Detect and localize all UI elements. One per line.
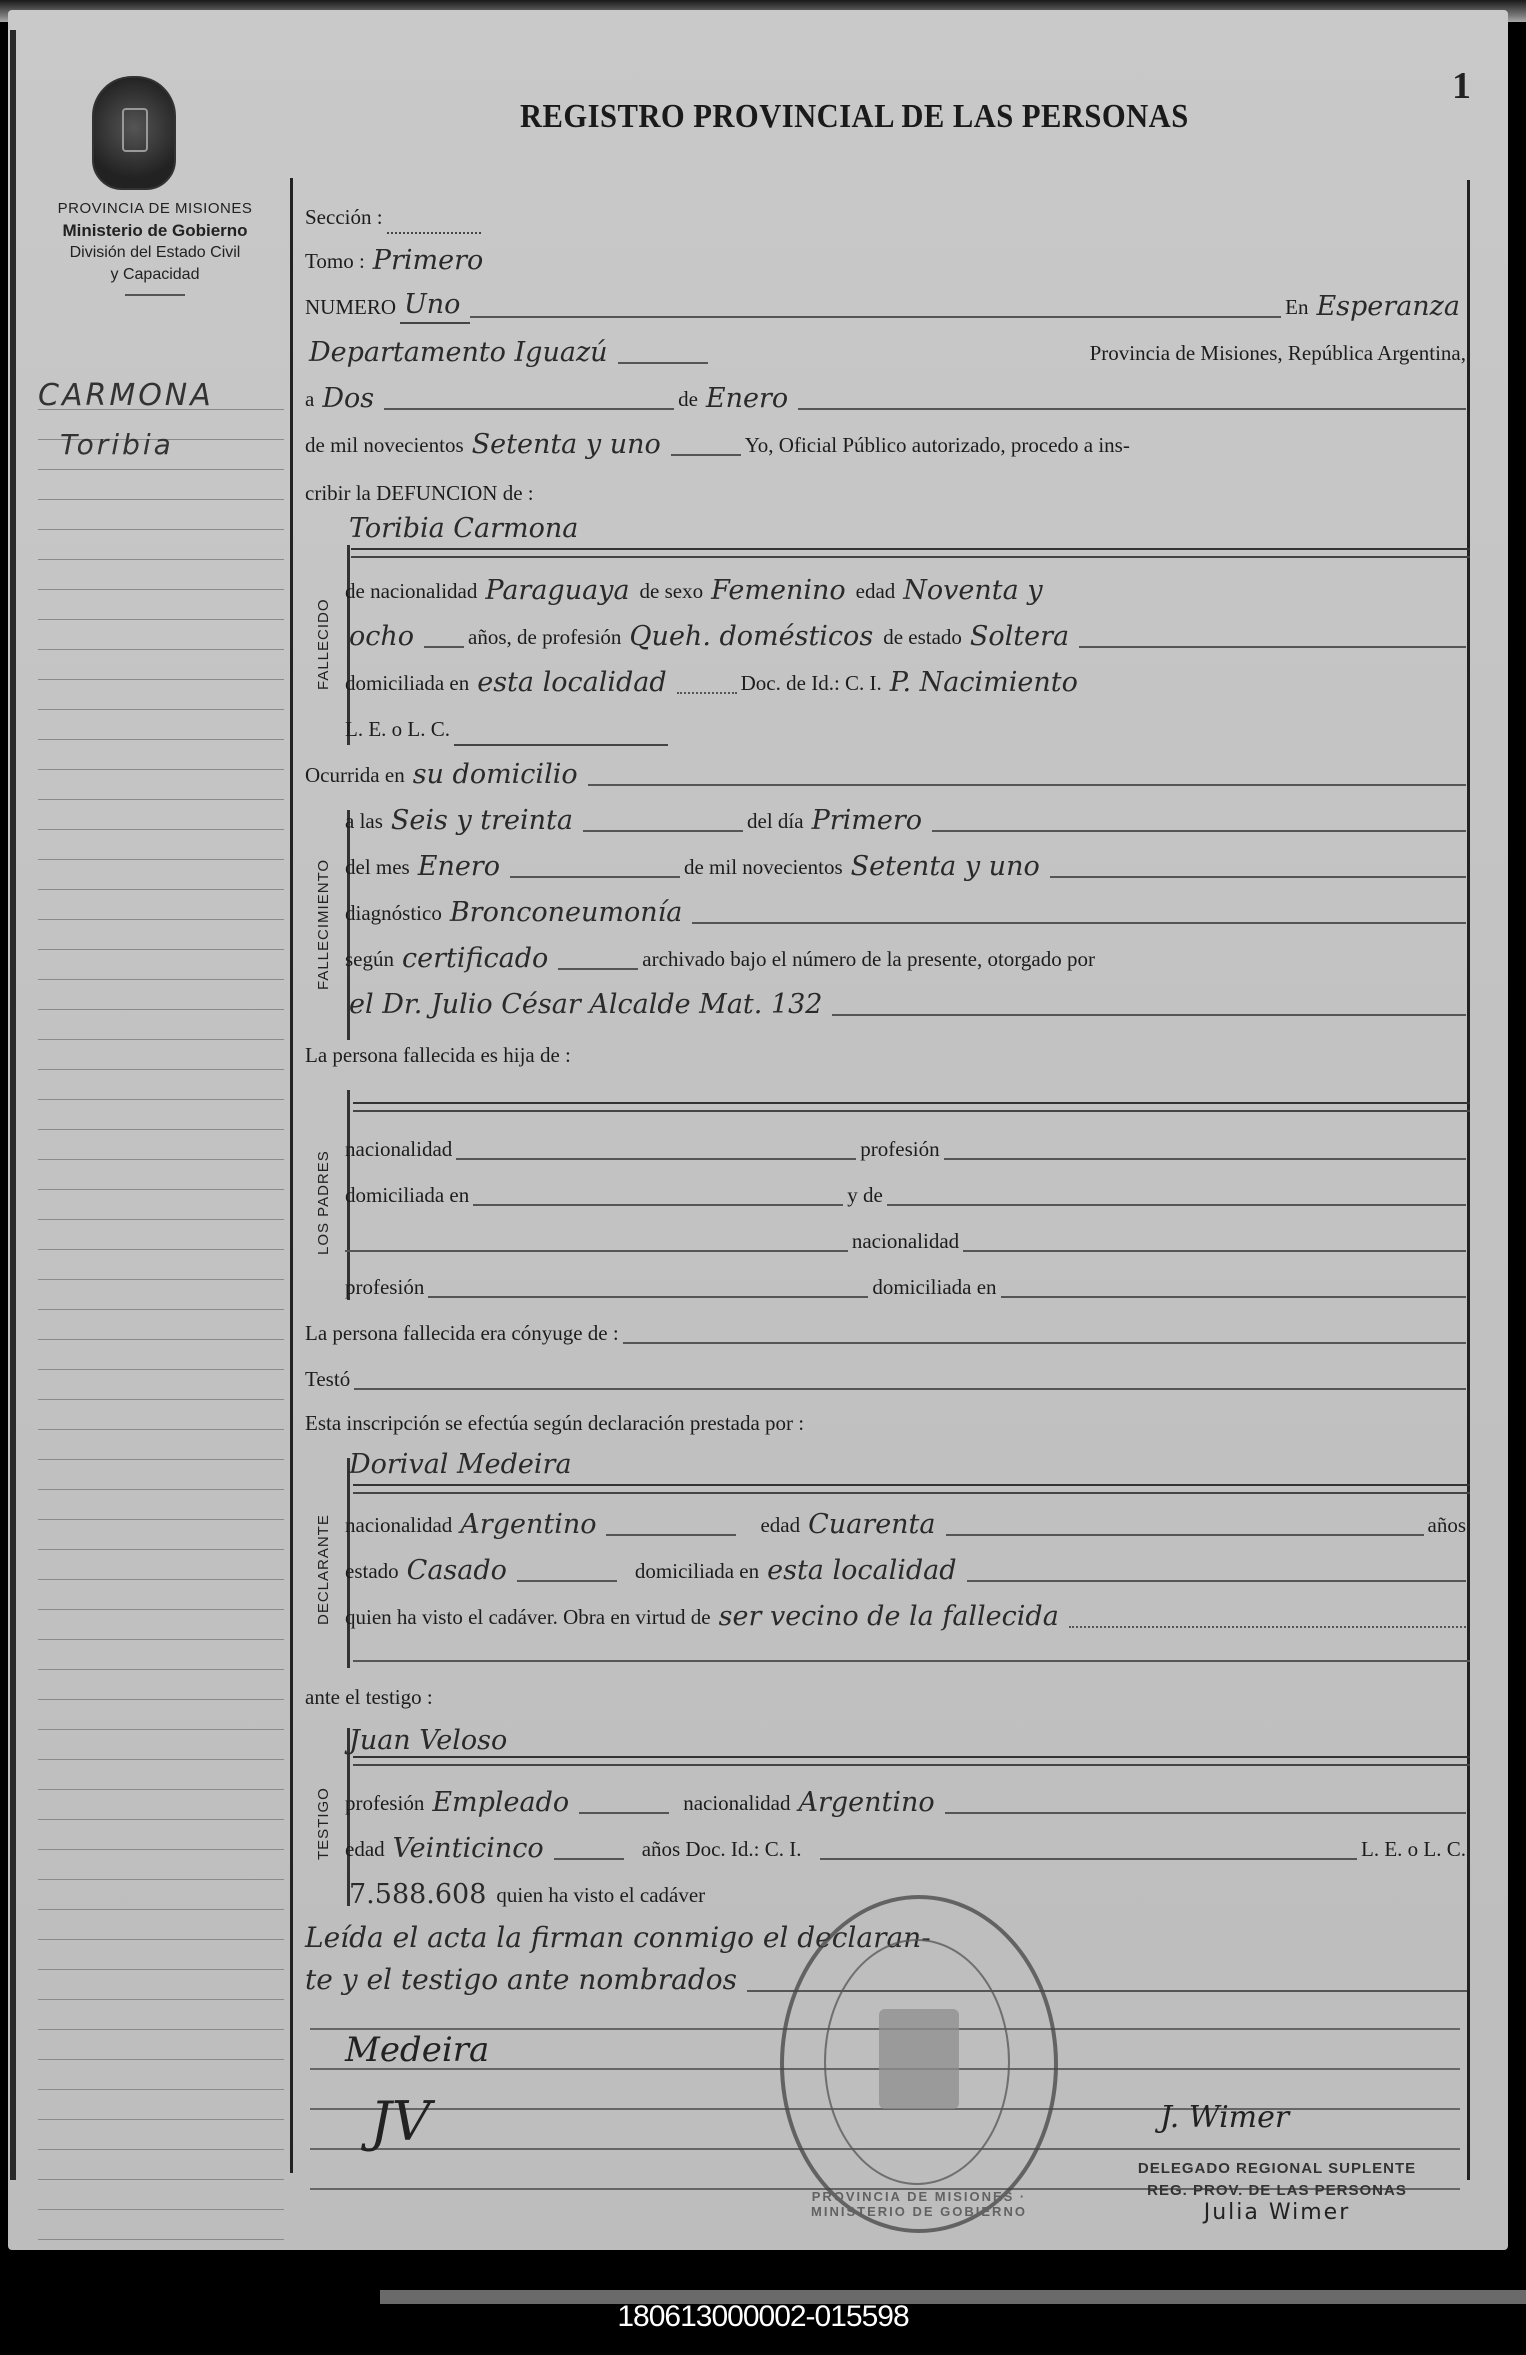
row-declarante-visto: quien ha visto el cadáver. Obra en virtu…	[345, 1598, 1470, 1634]
anio-label: de mil novecientos	[305, 433, 468, 462]
row-testo: Testó	[305, 1360, 1470, 1396]
row-fallecido-nacionalidad: de nacionalidad Paraguaya de sexo Femeni…	[345, 572, 1470, 608]
row-padre-nacionalidad: nacionalidad profesión	[345, 1130, 1470, 1166]
issuing-authority: PROVINCIA DE MISIONES Ministerio de Gobi…	[20, 198, 290, 296]
fallecido-edad-field[interactable]: Noventa y	[899, 575, 1052, 608]
page-title: REGISTRO PROVINCIAL DE LAS PERSONAS	[520, 98, 1189, 136]
ministry-label: Ministerio de Gobierno	[20, 220, 290, 242]
row-declarante-estado: estado Casado domiciliada en esta locali…	[345, 1552, 1470, 1588]
nacionalidad-label: nacionalidad	[673, 1791, 794, 1820]
dia-label: del día	[747, 809, 808, 838]
declarante-intro: Esta inscripción se efectúa según declar…	[305, 1411, 808, 1440]
anio-line	[671, 454, 741, 456]
visto-label: quien ha visto el cadáver	[496, 1883, 709, 1912]
margin-given-name: Toribia	[60, 428, 174, 461]
fallecido-sexo-field[interactable]: Femenino	[707, 575, 856, 608]
dia-field[interactable]: Dos	[318, 383, 384, 416]
dia-line	[932, 830, 1466, 832]
padre-nacionalidad-field[interactable]	[456, 1158, 856, 1160]
padre-domicilio-field[interactable]	[473, 1204, 843, 1206]
edad-label: edad	[856, 579, 900, 608]
hora-label: a las	[345, 809, 387, 838]
ocurrida-line	[588, 784, 1466, 786]
nacionalidad-line	[945, 1812, 1466, 1814]
province-label: PROVINCIA DE MISIONES	[20, 198, 290, 220]
declarante-nacionalidad-field[interactable]: Argentino	[456, 1509, 606, 1542]
official-cargo-2: REG. PROV. DE LAS PERSONAS	[1112, 2180, 1442, 2202]
numero-label: NUMERO	[305, 295, 400, 324]
row-mes: del mes Enero de mil novecientos Setenta…	[345, 848, 1470, 884]
testigo-section-label: TESTIGO	[315, 1787, 332, 1860]
anios-label: años	[1428, 1513, 1471, 1542]
margin-surname: CARMONA	[38, 378, 214, 413]
numero-line	[470, 316, 1281, 318]
departamento-line	[618, 362, 708, 364]
anios-profesion-label: años, de profesión	[468, 625, 625, 654]
anio-fallecimiento-label: de mil novecientos	[684, 855, 847, 884]
nacionalidad-line	[606, 1534, 736, 1536]
row-declarante-nombre: Dorival Medeira	[345, 1446, 1470, 1482]
segun-field[interactable]: certificado	[398, 943, 558, 976]
padres-intro: La persona fallecida es hija de :	[305, 1043, 575, 1072]
row-testigo-profesion: profesión Empleado nacionalidad Argentin…	[345, 1784, 1470, 1820]
declarante-nombre-field[interactable]: Dorival Medeira	[345, 1449, 582, 1482]
official-cargo-1: DELEGADO REGIONAL SUPLENTE	[1112, 2158, 1442, 2180]
row-numero: NUMERO Uno En Esperanza	[305, 288, 1470, 324]
fallecido-doc-field[interactable]: P. Nacimiento	[886, 667, 1088, 700]
binding-edge	[10, 30, 16, 2180]
official-name: Julia Wimer	[1112, 2202, 1442, 2224]
nacionalidad-label: de nacionalidad	[345, 579, 481, 608]
le-lc-label: L. E. o L. C.	[1361, 1837, 1470, 1866]
domicilio-label: domiciliada en	[621, 1559, 763, 1588]
estado-line	[1079, 646, 1466, 648]
medico-field[interactable]: el Dr. Julio César Alcalde Mat. 132	[345, 989, 832, 1022]
fallecido-le-lc-field[interactable]	[454, 742, 668, 746]
testigo-doc-field[interactable]	[806, 1864, 820, 1866]
le-lc-label: L. E. o L. C.	[345, 717, 454, 746]
row-anio: de mil novecientos Setenta y uno Yo, Ofi…	[305, 426, 1470, 462]
numero-field[interactable]: Uno	[400, 289, 470, 324]
segun-line	[558, 968, 638, 970]
mes-fallecimiento-field[interactable]: Enero	[414, 851, 510, 884]
fallecimiento-section-label: FALLECIMIENTO	[315, 859, 332, 990]
declarante-section-label: DECLARANTE	[315, 1514, 332, 1625]
testigo-intro: ante el testigo :	[305, 1685, 437, 1714]
row-hora: a las Seis y treinta del día Primero	[345, 802, 1470, 838]
testigo-nombre-line	[353, 1756, 1470, 1766]
segun-label: según	[345, 947, 398, 976]
testo-field[interactable]	[354, 1388, 1466, 1390]
madre-nombre-cont-field[interactable]	[345, 1250, 848, 1252]
official-title-block: DELEGADO REGIONAL SUPLENTE REG. PROV. DE…	[1112, 2158, 1442, 2224]
ocurrida-label: Ocurrida en	[305, 763, 409, 792]
profesion-label: profesión	[860, 1137, 943, 1166]
domicilio-label: domiciliada en	[345, 671, 473, 700]
doc-line	[820, 1858, 1358, 1860]
row-testigo-intro: ante el testigo :	[305, 1678, 1470, 1714]
madre-domicilio-field[interactable]	[1001, 1296, 1466, 1298]
diagnostico-label: diagnóstico	[345, 901, 446, 930]
estado-label: de estado	[883, 625, 966, 654]
anio-fallecimiento-field[interactable]: Setenta y uno	[847, 851, 1050, 884]
hora-field[interactable]: Seis y treinta	[387, 805, 583, 838]
estado-line	[517, 1580, 617, 1582]
sexo-label: de sexo	[640, 579, 708, 608]
visto-line	[1069, 1626, 1466, 1628]
seccion-field[interactable]	[387, 230, 481, 234]
row-tomo: Tomo : Primero	[305, 242, 1470, 278]
row-inscribir: cribir la DEFUNCION de :	[305, 474, 1470, 510]
row-conyuge: La persona fallecida era cónyuge de :	[305, 1314, 1470, 1350]
diagnostico-field[interactable]: Bronconeumonía	[446, 897, 693, 930]
row-segun: según certificado archivado bajo el núme…	[345, 940, 1470, 976]
domiciliada-label: domiciliada en	[345, 1183, 473, 1212]
fallecido-edad-cont-field[interactable]: ocho	[345, 621, 424, 654]
tomo-label: Tomo :	[305, 249, 369, 278]
fallecido-profesion-field[interactable]: Queh. domésticos	[625, 621, 883, 654]
testigo-le-lc-field[interactable]: 7.588.608	[345, 1879, 496, 1912]
visto-label: quien ha visto el cadáver. Obra en virtu…	[345, 1605, 715, 1634]
padre-profesion-field[interactable]	[944, 1158, 1466, 1160]
fallecido-section-label: FALLECIDO	[315, 598, 332, 690]
official-seal-stamp: PROVINCIA DE MISIONES · MINISTERIO DE GO…	[780, 1895, 1058, 2233]
doc-label: años Doc. Id.: C. I.	[628, 1837, 806, 1866]
declarante-visto-field[interactable]: ser vecino de la fallecida	[715, 1601, 1069, 1634]
mes-line	[510, 876, 680, 878]
page-number: 1	[1452, 64, 1471, 108]
de-label: de	[678, 387, 702, 416]
edad-label: edad	[345, 1837, 389, 1866]
dia-line	[384, 408, 674, 410]
fallecido-nombre-field[interactable]: Toribia Carmona	[345, 513, 588, 546]
doc-label: Doc. de Id.: C. I.	[741, 671, 886, 700]
declarante-extra-line	[353, 1660, 1470, 1662]
row-medico: el Dr. Julio César Alcalde Mat. 132	[345, 986, 1470, 1022]
madre-nacionalidad-field[interactable]	[963, 1250, 1466, 1252]
capacity-label: y Capacidad	[20, 264, 290, 286]
row-madre-nacionalidad: nacionalidad	[345, 1222, 1470, 1258]
padres-section-label: LOS PADRES	[315, 1150, 332, 1255]
row-fallecido-le: L. E. o L. C.	[345, 710, 1470, 746]
division-label: División del Estado Civil	[20, 242, 290, 264]
edad-line	[946, 1534, 1424, 1536]
fallecido-domicilio-field[interactable]: esta localidad	[473, 667, 676, 700]
testigo-profesion-field[interactable]: Empleado	[428, 1787, 579, 1820]
row-madre-profesion: profesión domiciliada en	[345, 1268, 1470, 1304]
row-fecha: a Dos de Enero	[305, 380, 1470, 416]
inscribir-text: cribir la DEFUNCION de :	[305, 481, 538, 510]
nacionalidad-label: nacionalidad	[345, 1137, 456, 1166]
a-label: a	[305, 387, 318, 416]
margin-divider	[290, 178, 293, 2173]
testo-label: Testó	[305, 1367, 354, 1396]
testigo-nombre-field[interactable]: Juan Veloso	[345, 1725, 517, 1758]
row-declarante-intro: Esta inscripción se efectúa según declar…	[305, 1404, 1470, 1440]
profesion-line	[579, 1812, 669, 1814]
coat-of-arms-icon	[92, 76, 176, 190]
row-fallecido-domicilio: domiciliada en esta localidad Doc. de Id…	[345, 664, 1470, 700]
declarante-domicilio-field[interactable]: esta localidad	[763, 1555, 966, 1588]
testigo-edad-field[interactable]: Veinticinco	[389, 1833, 554, 1866]
row-ocurrida: Ocurrida en su domicilio	[305, 756, 1470, 792]
testigo-signature: JV	[370, 2090, 431, 2153]
estado-label: estado	[345, 1559, 403, 1588]
divider	[125, 294, 185, 296]
ocurrida-field[interactable]: su domicilio	[409, 759, 588, 792]
declarante-signature: Medeira	[345, 2030, 489, 2070]
declarante-edad-field[interactable]: Cuarenta	[804, 1509, 945, 1542]
padre-nombre-field[interactable]	[353, 1102, 1470, 1112]
seal-emblem	[879, 2009, 959, 2109]
row-padres-intro: La persona fallecida es hija de :	[305, 1036, 1470, 1072]
anio-field[interactable]: Setenta y uno	[468, 429, 671, 462]
fallecido-estado-field[interactable]: Soltera	[966, 621, 1079, 654]
row-padre-domicilio: domiciliada en y de	[345, 1176, 1470, 1212]
madre-nombre-field[interactable]	[887, 1204, 1466, 1206]
oficial-text: Yo, Oficial Público autorizado, procedo …	[745, 433, 1134, 462]
row-fallecido-nombre: Toribia Carmona	[345, 510, 1470, 546]
row-seccion: Sección :	[305, 198, 1470, 234]
image-identifier: 180613000002-015598	[0, 2300, 1526, 2334]
profesion-label: profesión	[345, 1791, 428, 1820]
row-departamento: Departamento Iguazú Provincia de Misione…	[305, 334, 1470, 370]
testigo-nacionalidad-field[interactable]: Argentino	[794, 1787, 944, 1820]
nacionalidad-label: nacionalidad	[345, 1513, 456, 1542]
margin-ruled-lines	[38, 380, 284, 2260]
medico-line	[832, 1014, 1466, 1016]
row-diagnostico: diagnóstico Bronconeumonía	[345, 894, 1470, 930]
nacionalidad-label: nacionalidad	[852, 1229, 963, 1258]
mes-label: del mes	[345, 855, 414, 884]
row-testigo-edad: edad Veinticinco años Doc. Id.: C. I. L.…	[345, 1830, 1470, 1866]
fallecido-nacionalidad-field[interactable]: Paraguaya	[481, 575, 639, 608]
anio-line	[1050, 876, 1466, 878]
edad-label: edad	[740, 1513, 804, 1542]
diagnostico-line	[692, 922, 1466, 924]
domicilio-line	[677, 692, 737, 694]
seccion-label: Sección :	[305, 205, 387, 234]
archivado-text: archivado bajo el número de la presente,…	[642, 947, 1099, 976]
row-declarante-nacionalidad: nacionalidad Argentino edad Cuarenta año…	[345, 1506, 1470, 1542]
mes-field[interactable]: Enero	[702, 383, 798, 416]
en-label: En	[1285, 295, 1312, 324]
oficial-signature: J. Wimer	[1160, 2100, 1289, 2135]
departamento-field[interactable]: Departamento Iguazú	[305, 337, 618, 370]
row-testigo-nombre: Juan Veloso	[345, 1722, 1470, 1758]
domiciliada-label: domiciliada en	[872, 1275, 1000, 1304]
conyuge-field[interactable]	[623, 1342, 1466, 1344]
domicilio-line	[967, 1580, 1466, 1582]
seal-text: PROVINCIA DE MISIONES · MINISTERIO DE GO…	[804, 2189, 1034, 2219]
madre-profesion-field[interactable]	[428, 1296, 868, 1298]
dia-fallecimiento-field[interactable]: Primero	[808, 805, 932, 838]
declarante-nombre-line	[353, 1484, 1470, 1494]
declarante-estado-field[interactable]: Casado	[403, 1555, 517, 1588]
edad-line	[554, 1858, 624, 1860]
provincia-text: Provincia de Misiones, República Argenti…	[1090, 341, 1470, 370]
row-fallecido-profesion: ocho años, de profesión Queh. domésticos…	[345, 618, 1470, 654]
fallecido-nombre-line	[351, 548, 1470, 558]
mes-line	[798, 408, 1466, 410]
tomo-field[interactable]: Primero	[369, 245, 493, 278]
hora-line	[583, 830, 743, 832]
edad-line	[424, 646, 464, 648]
conyuge-label: La persona fallecida era cónyuge de :	[305, 1321, 623, 1350]
localidad-field[interactable]: Esperanza	[1312, 291, 1470, 324]
profesion-label: profesión	[345, 1275, 428, 1304]
y-de-label: y de	[847, 1183, 887, 1212]
